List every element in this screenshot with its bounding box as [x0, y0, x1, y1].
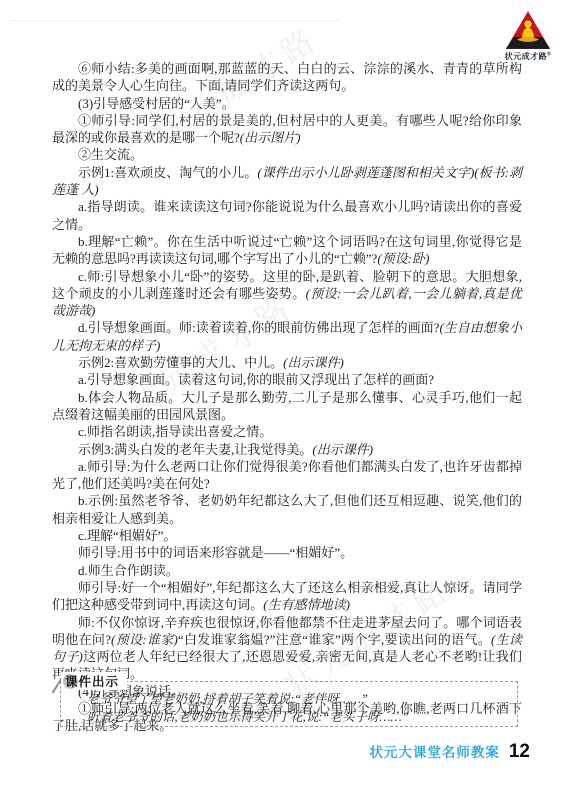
body-text: b.体会人物品质。大儿子是那么勤劳,二儿子是那么懂事、心灵手巧,他们一起点缀着这… [52, 390, 522, 422]
body-text: a.师引导:为什么老两口让你们觉得很美?你看他们都满头白发了,也许牙齿都掉光了,… [52, 459, 522, 491]
document-page: 状元成才路 状元成才路 状元成才路 状元成才路® ⑥师小结:多美的画面啊,那蓝蓝… [0, 0, 574, 802]
paragraph: d.引导想象画面。师:读着读着,你的眼前仿佛出现了怎样的画面?(生自由想象小儿无… [52, 319, 522, 354]
lesson-plan-text: ⑥师小结:多美的画面啊,那蓝蓝的天、白白的云、淙淙的溪水、青青的草所构成的美景令… [52, 60, 522, 735]
page-footer: 状元大课堂名师教案 12 [369, 741, 530, 763]
courseware-content: 老爷爷望了望老奶奶,捋着胡子笑着说:“老伴呀……”听着老爷爷的话,老奶奶也乐得笑… [61, 682, 517, 726]
body-text: b.理解“亡赖”。你在生活中听说过“亡赖”这个词语吗?在这句词里,你觉得它是无赖… [52, 234, 522, 266]
paragraph: a.引导想象画面。读着这句词,你的眼前又浮现出了怎样的画面? [52, 371, 522, 388]
body-text: a.引导想象画面。读着这句词,你的眼前又浮现出了怎样的画面? [78, 372, 434, 387]
stage-direction-text: (预设:谁家) [111, 632, 178, 647]
body-text: (3)引导感受村居的“人美”。 [78, 96, 235, 111]
stage-direction-text: (预设:卧) [377, 251, 429, 266]
body-text: 示例1:喜欢顽皮、淘气的小儿。 [78, 165, 257, 180]
courseware-line: 听着老爷爷的话,老奶奶也乐得笑开了花,说:“老头子呀……” [87, 708, 499, 726]
paragraph: c.师:引导想象小儿“卧”的姿势。这里的卧,是趴着、脸朝下的意思。大胆想象,这个… [52, 268, 522, 320]
stage-direction-text: (出示课件) [283, 355, 344, 370]
body-text: 示例3:满头白发的老年夫妻,让我觉得美。 [78, 442, 312, 457]
paragraph: ①师引导:同学们,村居的景是美的,但村居中的人更美。有哪些人呢?给你印象最深的或… [52, 112, 522, 147]
paragraph: b.示例:虽然老爷爷、老奶奶年纪都这么大了,但他们还互相逗趣、说笑,他们的相亲相… [52, 492, 522, 527]
paragraph: d.师生合作朗读。 [52, 562, 522, 579]
paragraph: ⑥师小结:多美的画面啊,那蓝蓝的天、白白的云、淙淙的溪水、青青的草所构成的美景令… [52, 60, 522, 95]
paragraph: c.理解“相媚好”。 [52, 527, 522, 544]
stage-direction-text: (出示课件) [312, 442, 373, 457]
body-text: 师引导:用书中的词语来形容就是——“相媚好”。 [78, 545, 353, 560]
body-text: ⑥师小结:多美的画面啊,那蓝蓝的天、白白的云、淙淙的溪水、青青的草所构成的美景令… [52, 61, 522, 93]
paragraph: b.体会人物品质。大儿子是那么勤劳,二儿子是那么懂事、心灵手巧,他们一起点缀着这… [52, 389, 522, 424]
courseware-label: 课件出示 [61, 672, 127, 690]
stage-direction-text: (出示图片) [240, 130, 301, 145]
body-text: ②生交流。 [78, 147, 143, 162]
body-text: a.指导朗读。谁来读读这句词?你能说说为什么最喜欢小儿吗?请读出你的喜爱之情。 [52, 199, 522, 231]
brand-logo: 状元成才路® [498, 10, 558, 62]
paragraph: 师引导:用书中的词语来形容就是——“相媚好”。 [52, 544, 522, 561]
body-text: c.师指名朗读,指导读出喜爱之情。 [78, 424, 272, 439]
paragraph: 示例1:喜欢顽皮、淘气的小儿。(课件出示小儿卧剥莲蓬图和相关文字)(板书:剥莲蓬… [52, 164, 522, 199]
paragraph: 师引导:好一个“相媚好”,年纪都这么大了还这么相亲相爱,真让人惊讶。请同学们把这… [52, 579, 522, 614]
body-text: b.示例:虽然老爷爷、老奶奶年纪都这么大了,但他们还互相逗趣、说笑,他们的相亲相… [52, 493, 522, 525]
paragraph: a.指导朗读。谁来读读这句词?你能说说为什么最喜欢小儿吗?请读出你的喜爱之情。 [52, 198, 522, 233]
paragraph: a.师引导:为什么老两口让你们觉得很美?你看他们都满头白发了,也许牙齿都掉光了,… [52, 458, 522, 493]
stage-direction-text: (生有感情地读) [263, 597, 350, 612]
footer-brand: 状元大课堂名师教案 [369, 741, 500, 761]
registered-mark: ® [547, 51, 551, 57]
paragraph: b.理解“亡赖”。你在生活中听说过“亡赖”这个词语吗?在这句词里,你觉得它是无赖… [52, 233, 522, 268]
scan-artifact-line [10, 20, 340, 21]
body-text: d.引导想象画面。师:读着读着,你的眼前仿佛出现了怎样的画面? [78, 320, 439, 335]
courseware-box: 课件出示 老爷爷望了望老奶奶,捋着胡子笑着说:“老伴呀……”听着老爷爷的话,老奶… [60, 681, 518, 727]
body-text: c.理解“相媚好”。 [78, 528, 177, 543]
logo-triangle-icon [505, 10, 551, 50]
courseware-line: 老爷爷望了望老奶奶,捋着胡子笑着说:“老伴呀……” [87, 690, 499, 708]
paragraph: c.师指名朗读,指导读出喜爱之情。 [52, 423, 522, 440]
paragraph: (3)引导感受村居的“人美”。 [52, 95, 522, 112]
courseware-label-text: 课件出示 [65, 675, 119, 689]
body-text: d.师生合作朗读。 [78, 563, 179, 578]
body-text: “白发谁家翁媪?”注意“谁家”两个字,要读出问的语气。 [178, 632, 491, 647]
paragraph: 示例2:喜欢勤劳懂事的大儿、中儿。(出示课件) [52, 354, 522, 371]
paragraph: 示例3:满头白发的老年夫妻,让我觉得美。(出示课件) [52, 441, 522, 458]
paragraph: ②生交流。 [52, 146, 522, 163]
body-text: 示例2:喜欢勤劳懂事的大儿、中儿。 [78, 355, 283, 370]
page-number: 12 [509, 741, 530, 763]
